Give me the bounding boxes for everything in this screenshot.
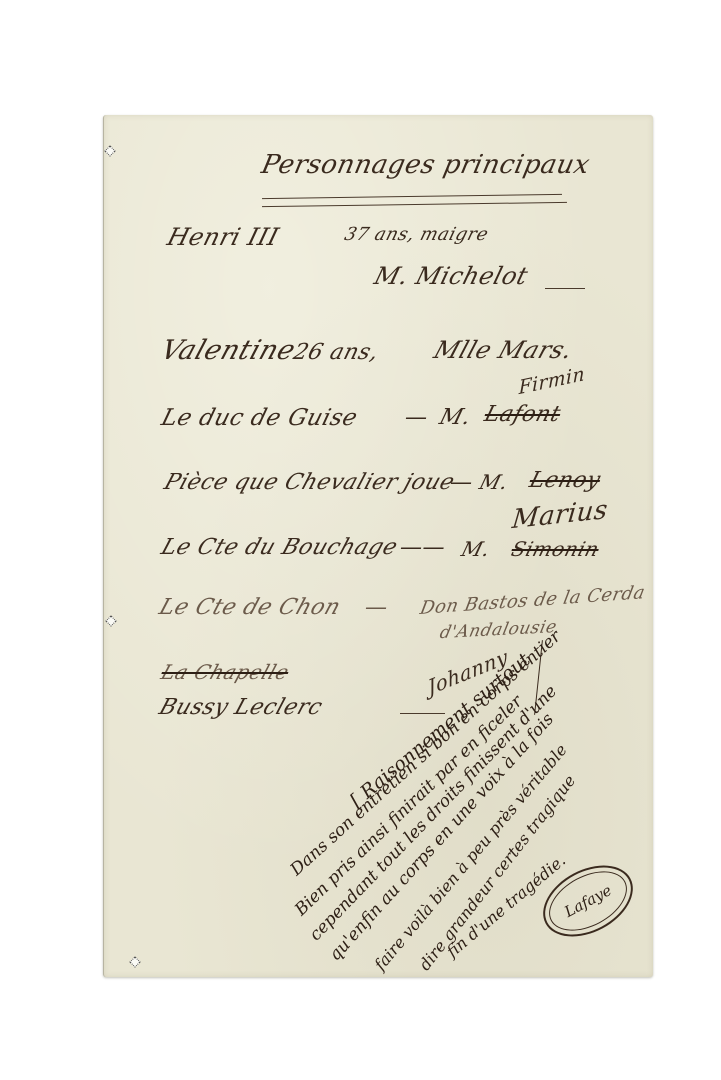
entry-role: Henri III: [164, 223, 282, 251]
entry-role: Le duc de Guise: [159, 405, 361, 431]
connector-stroke: [400, 713, 445, 714]
page-title: Personnages principaux: [259, 150, 593, 180]
entry-separator: —: [405, 405, 428, 430]
entry-role: Pièce que Chevalier joue: [161, 470, 458, 495]
entry-details: 37 ans, maigre: [342, 224, 491, 245]
entry-role: Le Cte du Bouchage: [158, 535, 401, 560]
entry-actor-struck: Lafont: [482, 402, 564, 427]
entry-role: Le Cte de Chon: [156, 595, 344, 620]
entry-separator: —: [365, 595, 388, 620]
entry-actor: M. Michelot: [371, 262, 531, 290]
entry-actor-struck: Lenoy: [527, 468, 604, 493]
entry-role: Valentine: [157, 335, 300, 366]
signature: Lafaye: [561, 881, 614, 921]
entry-actor-struck: Simonin: [509, 537, 602, 561]
entry-details: 26 ans,: [291, 340, 382, 365]
entry-role: Bussy Leclerc: [156, 695, 326, 720]
entry-actor-prefix: M.: [437, 405, 474, 430]
entry-actor: Mlle Mars.: [430, 336, 576, 364]
entry-role-struck: La Chapelle: [158, 660, 292, 684]
entry-separator: ——: [400, 535, 445, 560]
entry-separator: —: [450, 470, 473, 495]
actor-underline: [545, 288, 585, 289]
